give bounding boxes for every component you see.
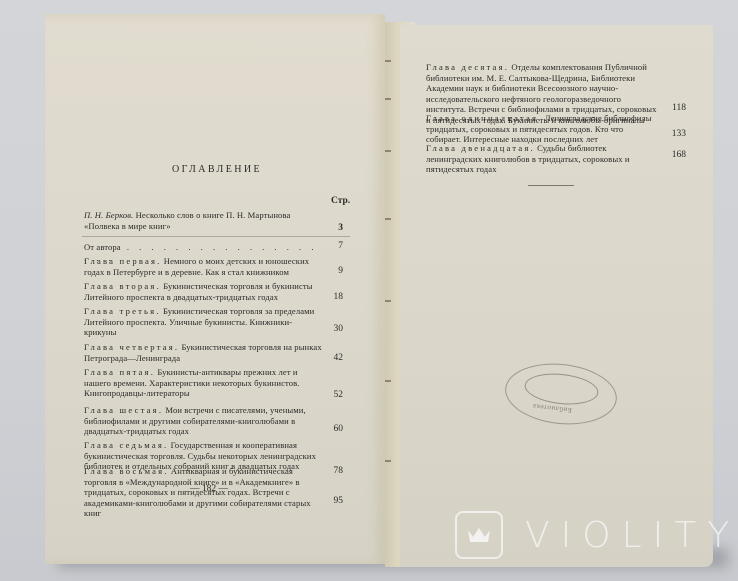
- toc-entry: Глава двенадцатая. Судьбы библиотек лени…: [426, 143, 658, 175]
- toc-page-number: 52: [313, 390, 343, 400]
- toc-page-number: 3: [313, 223, 343, 233]
- toc-entry: Глава шестая. Мои встречи с писателями, …: [84, 405, 324, 437]
- toc-entry: Глава вторая. Букинистическая торговля и…: [84, 281, 324, 302]
- toc-page-number: 60: [313, 424, 343, 434]
- stitch-mark: [385, 60, 391, 62]
- toc-page-number: 7: [313, 241, 343, 251]
- stitch-mark: [385, 150, 391, 152]
- watermark-text: VIOLITY: [525, 515, 738, 556]
- stitch-mark: [385, 380, 391, 382]
- toc-heading: ОГЛАВЛЕНИЕ: [172, 164, 262, 175]
- toc-page-number: 133: [656, 129, 686, 139]
- stitch-mark: [385, 460, 391, 462]
- toc-entry: Глава третья. Букинистическая торговля з…: [84, 306, 324, 338]
- toc-entry: Глава четвертая. Букинистическая торговл…: [84, 342, 324, 363]
- toc-page-number: 42: [313, 353, 343, 363]
- crown-icon: [455, 511, 503, 559]
- toc-page-number: 168: [656, 150, 686, 160]
- end-rule: [528, 185, 574, 186]
- toc-entry: Глава пятая. Букинисты-антиквары прежних…: [84, 367, 324, 399]
- stitch-mark: [385, 218, 391, 220]
- page-number-footer: — 182 —: [190, 484, 228, 494]
- watermark: VIOLITY: [455, 511, 738, 559]
- toc-page-number: 118: [656, 103, 686, 113]
- page-column-label: Стр.: [331, 196, 350, 206]
- toc-entry: Глава одиннадцатая. Ленинградские библио…: [426, 113, 658, 145]
- toc-page-number: 9: [313, 266, 343, 276]
- toc-entry: П. Н. Берков. Несколько слов о книге П. …: [84, 210, 324, 231]
- toc-page-number: 30: [313, 324, 343, 334]
- divider: [82, 236, 350, 237]
- toc-entry: Глава первая. Немного о моих детских и ю…: [84, 256, 324, 277]
- stitch-mark: [385, 98, 391, 100]
- stitch-mark: [385, 300, 391, 302]
- toc-page-number: 18: [313, 292, 343, 302]
- toc-page-number: 95: [313, 496, 343, 506]
